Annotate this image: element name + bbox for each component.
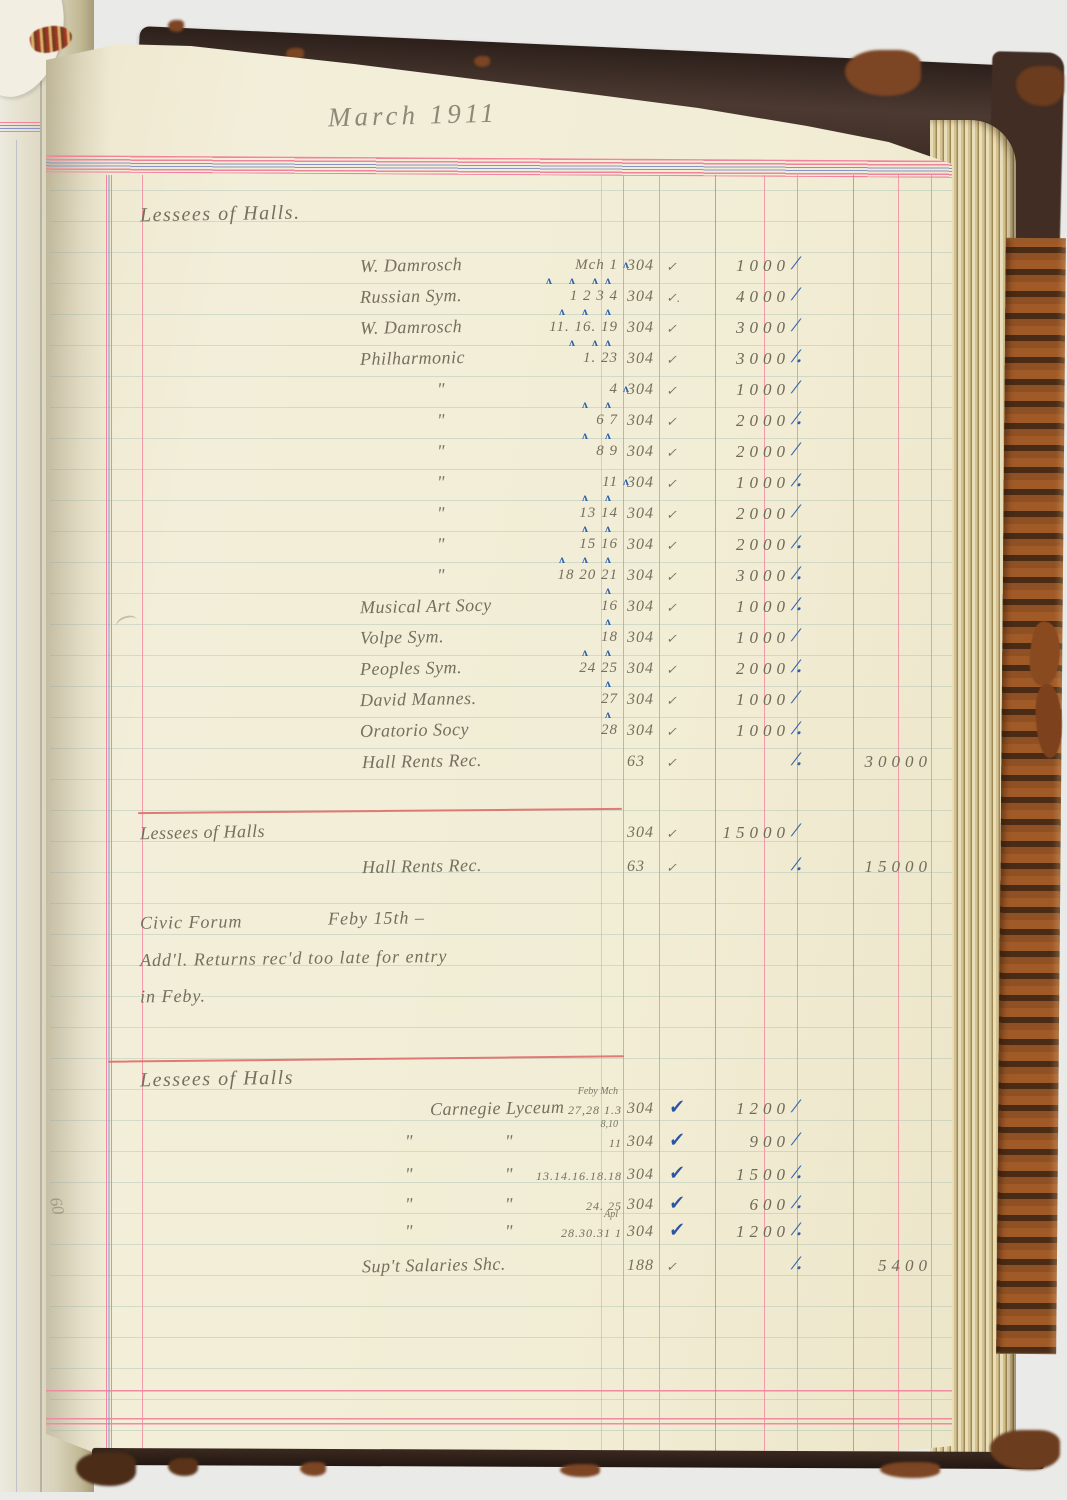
cover-fray-tuft <box>474 56 490 67</box>
folio-check: ✓ <box>666 352 677 368</box>
debit-amount: 900 <box>686 1132 790 1152</box>
amount-check: /. <box>790 594 806 616</box>
debit-amount: 1000 <box>686 690 790 710</box>
folio-check: ✔ <box>667 1219 685 1242</box>
credit-amount: 15000 <box>828 857 932 877</box>
entry-description: W. Damrosch <box>360 254 463 277</box>
amount-check: /. <box>790 563 806 585</box>
ledger-book-photo: March 1911 215 Lessees of Halls. Lessees… <box>0 0 1067 1500</box>
amount-check: / <box>790 284 801 306</box>
folio-number: 63 <box>627 858 645 876</box>
folio-number: 304 <box>627 722 654 740</box>
entry-dates: Mch 1ʌ <box>462 257 618 274</box>
debit-amount: 3000 <box>686 349 790 369</box>
folio-check: ✔ <box>667 1162 685 1185</box>
ditto-mark: " <box>405 1164 413 1185</box>
amount-check: / <box>790 377 801 399</box>
dates-superscript: Feby Mch <box>456 1086 618 1097</box>
entry-dates: 27 <box>462 691 618 708</box>
dates-superscript: Apl <box>456 1209 618 1220</box>
date-check-marks: ʌ <box>462 614 618 629</box>
entry-description: Sup't Salaries Shc. <box>362 1254 506 1278</box>
folio-number: 304 <box>627 1166 654 1184</box>
ledger-row: ""Apl28.30.31 1304✔1200/. <box>46 1221 952 1251</box>
book-cover-inner-board <box>996 238 1066 1354</box>
entry-description: " <box>437 379 445 400</box>
debit-amount: 1500 <box>686 1165 790 1185</box>
entry-dates: 1. 23 <box>462 350 618 367</box>
ledger-row: Lessees of Halls304✓15000/ <box>46 822 952 852</box>
folio-number: 304 <box>627 1223 654 1241</box>
entry-dates: 28.30.31 1 <box>462 1226 622 1241</box>
debit-amount: 1000 <box>686 256 790 276</box>
folio-number: 304 <box>627 412 654 430</box>
folio-check: ✓ <box>666 538 677 554</box>
folio-number: 304 <box>627 536 654 554</box>
amount-check: /. <box>790 408 806 430</box>
date-check-marks: ʌ <box>462 676 618 691</box>
folio-number: 304 <box>627 691 654 709</box>
debit-amount: 15000 <box>686 823 790 843</box>
ledger-row: "8 9ʌ ʌ304✓2000/ <box>46 441 952 471</box>
entry-description: " <box>437 534 445 555</box>
folio-check: ✓ <box>666 662 677 678</box>
entry-dates: 1 2 3 4 <box>462 288 618 305</box>
date-check-marks: ʌ <box>462 583 618 598</box>
credit-amount: 30000 <box>828 752 932 772</box>
entry-description: Russian Sym. <box>360 285 462 308</box>
debit-amount: 1000 <box>686 473 790 493</box>
amount-check: / <box>790 1129 801 1151</box>
entry-dates: 8 9 <box>462 443 618 460</box>
ledger-row: ""13.14.16.18.18304✔1500/. <box>46 1164 952 1194</box>
debit-amount: 1000 <box>686 628 790 648</box>
amount-check: /. <box>790 1219 806 1241</box>
folio-number: 304 <box>627 1100 654 1118</box>
dates-superscript: 8,10 <box>456 1119 618 1130</box>
amount-check: / <box>790 439 801 461</box>
cover-fray-tuft <box>300 1462 326 1476</box>
ditto-mark: " <box>405 1194 413 1215</box>
date-check-marks: ʌ ʌ ʌ <box>462 552 618 567</box>
folio-check: ✓ <box>666 507 677 523</box>
folio-check: ✓ <box>666 569 677 585</box>
entry-description: " <box>437 410 445 431</box>
folio-check: ✓ <box>666 755 677 771</box>
entry-dates: 18 20 21 <box>462 567 618 584</box>
facing-page-rule <box>16 140 17 1492</box>
entry-description: " <box>437 503 445 524</box>
debit-amount: 2000 <box>686 411 790 431</box>
debit-amount: 1000 <box>686 380 790 400</box>
debit-amount: 600 <box>686 1195 790 1215</box>
amount-check: /. <box>790 1192 806 1214</box>
date-check-marks: ʌ <box>462 707 618 722</box>
page-title: March 1911 <box>328 98 499 134</box>
folio-check: ✓ <box>666 445 677 461</box>
folio-number: 304 <box>627 629 654 647</box>
entry-description: Oratorio Socy <box>360 719 469 742</box>
debit-amount: 1200 <box>686 1099 790 1119</box>
entry-description: Hall Rents Rec. <box>362 855 482 878</box>
date-check-marks: ʌ ʌʌ <box>462 335 618 350</box>
folio-number: 304 <box>627 288 654 306</box>
amount-check: /. <box>790 470 806 492</box>
date-check-marks: ʌ ʌ ʌʌ <box>462 273 618 288</box>
ditto-mark: " <box>405 1131 413 1152</box>
ledger-page: March 1911 215 Lessees of Halls. Lessees… <box>46 38 952 1460</box>
entry-dates: 18 <box>462 629 618 646</box>
section-heading: Lessees of Halls. <box>140 202 301 228</box>
folio-number: 304 <box>627 1133 654 1151</box>
folio-number: 304 <box>627 505 654 523</box>
folio-check: ✓ <box>666 1259 677 1275</box>
folio-check: ✓ <box>666 600 677 616</box>
entry-dates: 27,28 1.3 <box>462 1103 622 1118</box>
credit-amount: 5400 <box>828 1256 932 1276</box>
facing-page-rule-band <box>0 122 40 134</box>
entry-description: Hall Rents Rec. <box>362 750 482 773</box>
amount-check: /. <box>790 346 806 368</box>
debit-amount: 3000 <box>686 318 790 338</box>
entry-dates: 13.14.16.18.18 <box>462 1169 622 1184</box>
debit-amount: 1200 <box>686 1222 790 1242</box>
date-check-marks: ʌ ʌ <box>462 490 618 505</box>
entry-dates: 4ʌ <box>462 381 618 398</box>
entry-description: Peoples Sym. <box>360 657 462 680</box>
entry-dates: 11 <box>462 1136 622 1151</box>
folio-check: ✓ <box>666 826 677 842</box>
folio-number: 63 <box>627 753 645 771</box>
date-check-marks: ʌ ʌ ʌ <box>462 304 618 319</box>
entry-description: " <box>437 441 445 462</box>
debit-amount: 2000 <box>686 504 790 524</box>
folio-number: 304 <box>627 474 654 492</box>
entry-dates: 16 <box>462 598 618 615</box>
folio-number: 304 <box>627 598 654 616</box>
folio-number: 304 <box>627 257 654 275</box>
amount-check: /. <box>790 718 806 740</box>
section-heading: Lessees of Halls <box>140 1067 294 1093</box>
entry-dates: 13 14 <box>462 505 618 522</box>
ditto-mark: " <box>405 1221 413 1242</box>
amount-check: / <box>790 687 801 709</box>
entry-description: W. Damrosch <box>360 316 463 339</box>
cover-fray-tuft <box>1016 66 1064 106</box>
ledger-row: Hall Rents Rec.63✓/.30000 <box>46 751 952 781</box>
date-check-marks: ʌ ʌ <box>462 521 618 536</box>
debit-amount: 2000 <box>686 659 790 679</box>
header-rule-band <box>46 155 952 178</box>
amount-check: /. <box>790 1162 806 1184</box>
debit-amount: 3000 <box>686 566 790 586</box>
debit-amount: 2000 <box>686 442 790 462</box>
amount-check: / <box>790 253 801 275</box>
facing-page-fold-line <box>40 0 42 1492</box>
footer-rule-band <box>46 1418 952 1426</box>
folio-check: ✓ <box>666 860 677 876</box>
cover-fray-tuft <box>880 1462 940 1478</box>
ledger-row: Hall Rents Rec.63✓/.15000 <box>46 856 952 886</box>
cover-fray-tuft <box>168 20 184 32</box>
entry-dates: 11ʌ <box>462 474 618 491</box>
folio-check: ✓. <box>666 290 680 306</box>
date-check-marks: ʌ ʌ <box>462 397 618 412</box>
folio-check: ✔ <box>667 1192 685 1215</box>
entry-description: David Mannes. <box>360 688 477 711</box>
debit-amount: 2000 <box>686 535 790 555</box>
ledger-row: Sup't Salaries Shc.188✓/.5400 <box>46 1255 952 1285</box>
amount-check: / <box>790 501 801 523</box>
folio-check: ✓ <box>666 631 677 647</box>
amount-check: /. <box>790 656 806 678</box>
folio-check: ✓ <box>666 414 677 430</box>
entry-dates: 11. 16. 19 <box>462 319 618 336</box>
entry-description: Philharmonic <box>360 347 465 370</box>
folio-number: 304 <box>627 381 654 399</box>
amount-check: /. <box>790 854 806 876</box>
note-line: Feby 15th – <box>328 907 425 929</box>
amount-check: /. <box>790 749 806 771</box>
folio-check: ✓ <box>666 693 677 709</box>
ledger-row: ""8,1011304✔900/ <box>46 1131 952 1161</box>
folio-check: ✓ <box>666 724 677 740</box>
folio-check: ✔ <box>667 1096 685 1119</box>
cover-fray-tuft <box>560 1464 600 1477</box>
note-line: Civic Forum <box>140 911 243 933</box>
ledger-row: Oratorio Socy28ʌ304✓1000/. <box>46 720 952 750</box>
folio-number: 304 <box>627 319 654 337</box>
entry-dates: 15 16 <box>462 536 618 553</box>
footer-rule-line <box>46 1390 952 1393</box>
amount-check: / <box>790 1096 801 1118</box>
entry-dates: 24 25 <box>462 660 618 677</box>
ledger-row: Philharmonic1. 23ʌ ʌʌ304✓3000/. <box>46 348 952 378</box>
debit-amount: 1000 <box>686 597 790 617</box>
folio-check: ✔ <box>667 1129 685 1152</box>
amount-check: / <box>790 625 801 647</box>
folio-number: 304 <box>627 660 654 678</box>
entry-description: Lessees of Halls <box>140 821 265 844</box>
entry-dates: 28 <box>462 722 618 739</box>
amount-check: / <box>790 315 801 337</box>
date-check-marks: ʌ ʌ <box>462 428 618 443</box>
amount-check: /. <box>790 532 806 554</box>
amount-check: / <box>790 820 801 842</box>
folio-check: ✓ <box>666 321 677 337</box>
note-line: Add'l. Returns rec'd too late for entry <box>140 946 448 971</box>
folio-check: ✓ <box>666 383 677 399</box>
folio-number: 188 <box>627 1257 654 1275</box>
amount-check: /. <box>790 1253 806 1275</box>
note-line: in Feby. <box>140 986 206 1008</box>
debit-amount: 1000 <box>686 721 790 741</box>
folio-number: 304 <box>627 567 654 585</box>
entry-description: " <box>437 472 445 493</box>
folio-number: 304 <box>627 443 654 461</box>
folio-check: ✓ <box>666 476 677 492</box>
cover-fray-tuft <box>76 1452 136 1486</box>
debit-amount: 4000 <box>686 287 790 307</box>
date-check-marks: ʌ ʌ <box>462 645 618 660</box>
folio-number: 304 <box>627 350 654 368</box>
folio-number: 304 <box>627 1196 654 1214</box>
entry-dates: 6 7 <box>462 412 618 429</box>
folio-number: 304 <box>627 824 654 842</box>
folio-check: ✓ <box>666 259 677 275</box>
entry-description: " <box>437 565 445 586</box>
entry-description: Volpe Sym. <box>360 626 444 649</box>
cover-fray-tuft <box>168 1458 198 1476</box>
